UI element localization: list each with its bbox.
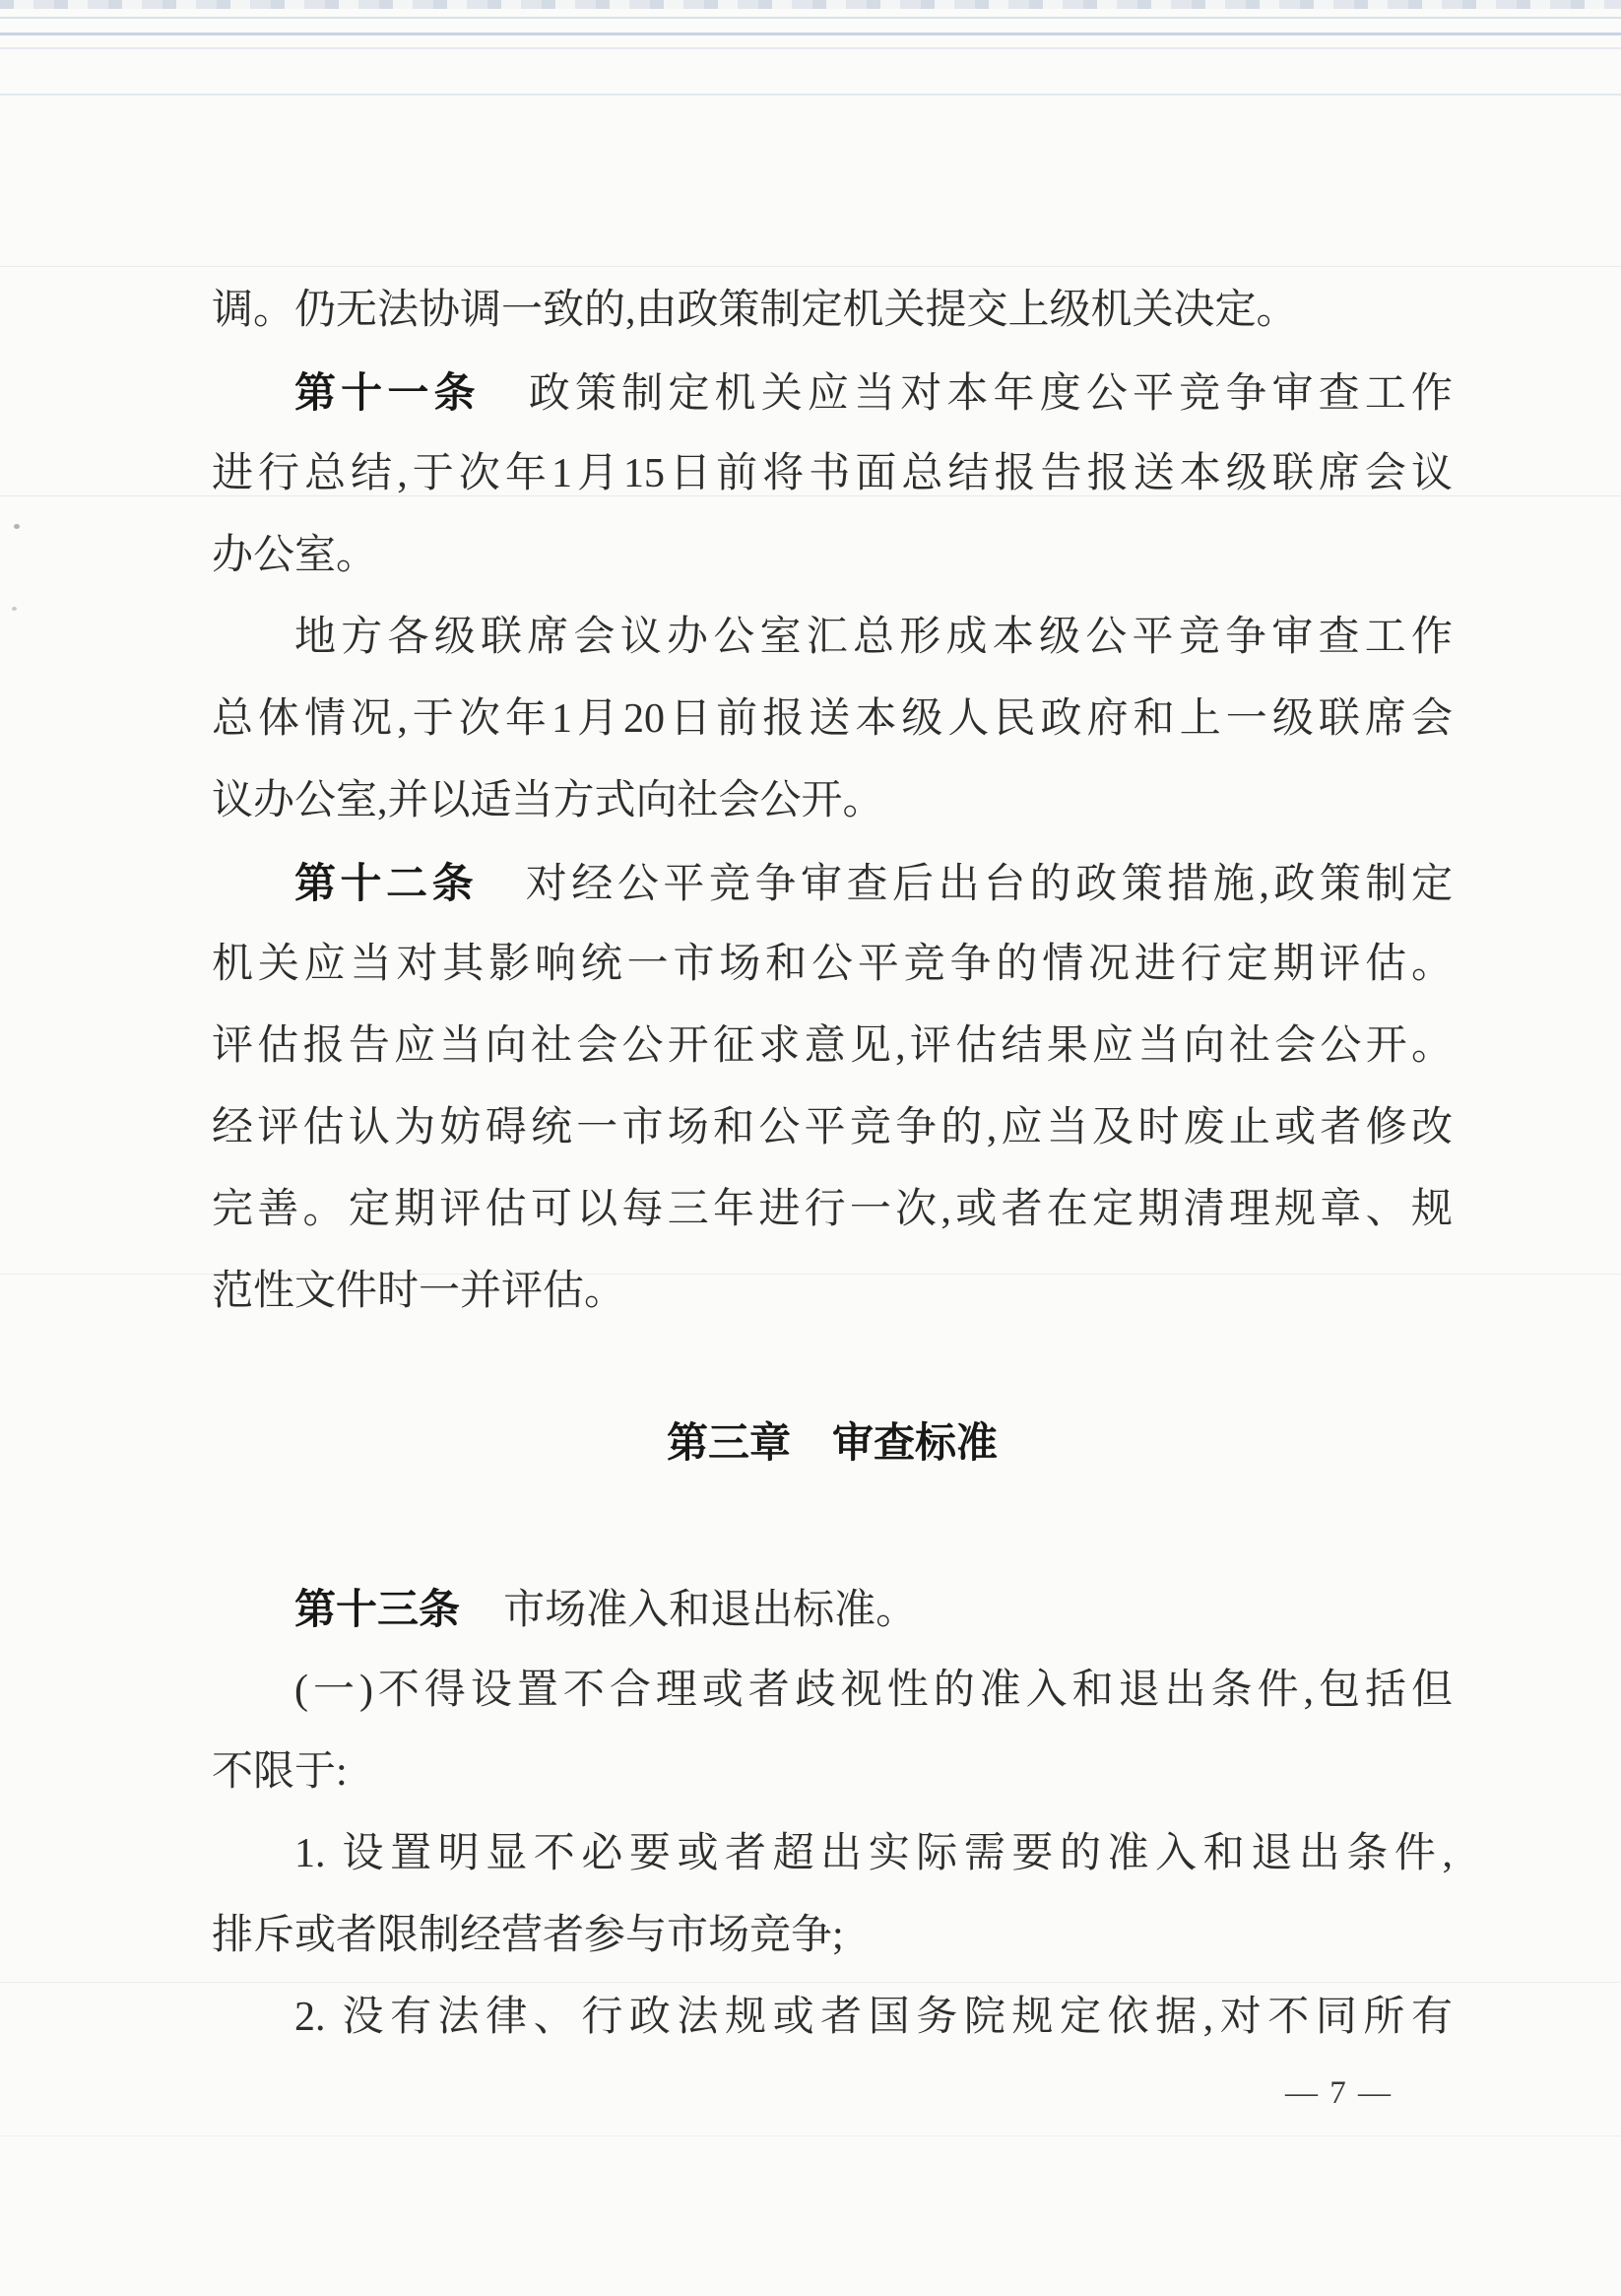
scan-line-4 <box>0 94 1621 96</box>
line-text: 调。仍无法协调一致的,由政策制定机关提交上级机关决定。 <box>212 288 1298 333</box>
text-line: 第十三条市场准入和退出标准。 <box>212 1568 1453 1650</box>
scan-band-1 <box>0 266 1621 267</box>
text-line: 评估报告应当向社会公开征求意见,评估结果应当向社会公开。 <box>212 1006 1453 1087</box>
article-number-label: 第十一条 <box>294 369 481 416</box>
line-text: 总体情况,于次年1月20日前报送本级人民政府和上一级联席会 <box>212 696 1453 742</box>
text-line: 经评估认为妨碍统一市场和公平竞争的,应当及时废止或者修改 <box>212 1087 1453 1169</box>
text-line: 不限于: <box>212 1732 1453 1813</box>
line-text: 2. 没有法律、行政法规或者国务院规定依据,对不同所有 <box>294 1995 1453 2040</box>
line-text: 市场准入和退出标准。 <box>503 1588 917 1633</box>
text-line: 进行总结,于次年1月15日前将书面总结报告报送本级联席会议 <box>212 433 1453 515</box>
chapter-heading: 第三章 审查标准 <box>212 1402 1453 1483</box>
document-body: 调。仍无法协调一致的,由政策制定机关提交上级机关决定。第十一条政策制定机关应当对… <box>212 270 1453 2113</box>
scan-line-2 <box>0 33 1621 35</box>
body-part2: 第十三条市场准入和退出标准。(一)不得设置不合理或者歧视性的准入和退出条件,包括… <box>212 1568 1453 2059</box>
line-text: 进行总结,于次年1月15日前将书面总结报告报送本级联席会议 <box>212 451 1453 496</box>
scan-line-1 <box>0 17 1621 19</box>
line-text: 排斥或者限制经营者参与市场竞争; <box>212 1913 844 1958</box>
text-line: 总体情况,于次年1月20日前报送本级人民政府和上一级联席会 <box>212 679 1453 760</box>
paper-speck-1 <box>14 524 20 529</box>
line-text: 议办公室,并以适当方式向社会公开。 <box>212 778 884 823</box>
text-line: 第十二条对经公平竞争审查后出台的政策措施,政策制定 <box>212 842 1453 924</box>
text-line: 地方各级联席会议办公室汇总形成本级公平竞争审查工作 <box>212 597 1453 679</box>
text-line: 完善。定期评估可以每三年进行一次,或者在定期清理规章、规 <box>212 1169 1453 1251</box>
article-number-label: 第十三条 <box>294 1586 460 1632</box>
line-text: 不限于: <box>212 1749 348 1795</box>
line-text: 机关应当对其影响统一市场和公平竞争的情况进行定期评估。 <box>212 942 1453 987</box>
line-text: 经评估认为妨碍统一市场和公平竞争的,应当及时废止或者修改 <box>212 1105 1453 1150</box>
line-text: (一)不得设置不合理或者歧视性的准入和退出条件,包括但 <box>294 1668 1453 1713</box>
scan-noise-band <box>0 0 1621 9</box>
text-line: 范性文件时一并评估。 <box>212 1251 1453 1333</box>
text-line: 调。仍无法协调一致的,由政策制定机关提交上级机关决定。 <box>212 270 1453 352</box>
paper-speck-2 <box>12 607 17 611</box>
line-text: 办公室。 <box>212 533 377 578</box>
text-line: 1. 设置明显不必要或者超出实际需要的准入和退出条件, <box>212 1813 1453 1895</box>
text-line: 机关应当对其影响统一市场和公平竞争的情况进行定期评估。 <box>212 924 1453 1006</box>
line-text: 1. 设置明显不必要或者超出实际需要的准入和退出条件, <box>294 1831 1453 1876</box>
text-line: 2. 没有法律、行政法规或者国务院规定依据,对不同所有 <box>212 1977 1453 2059</box>
text-line: 排斥或者限制经营者参与市场竞争; <box>212 1895 1453 1977</box>
line-text: 评估报告应当向社会公开征求意见,评估结果应当向社会公开。 <box>212 1023 1453 1069</box>
text-line: 议办公室,并以适当方式向社会公开。 <box>212 760 1453 842</box>
scanned-document-page: { "page": { "background": "#fbfbf9", "in… <box>0 0 1621 2296</box>
line-text: 范性文件时一并评估。 <box>212 1269 625 1314</box>
scan-line-3 <box>0 47 1621 49</box>
line-text: 对经公平竞争审查后出台的政策措施,政策制定 <box>521 862 1453 907</box>
text-line: (一)不得设置不合理或者歧视性的准入和退出条件,包括但 <box>212 1650 1453 1732</box>
body-part1: 调。仍无法协调一致的,由政策制定机关提交上级机关决定。第十一条政策制定机关应当对… <box>212 270 1453 1333</box>
article-number-label: 第十二条 <box>294 860 478 906</box>
line-text: 地方各级联席会议办公室汇总形成本级公平竞争审查工作 <box>294 615 1453 660</box>
page-number: — 7 — <box>212 2073 1453 2113</box>
line-text: 完善。定期评估可以每三年进行一次,或者在定期清理规章、规 <box>212 1187 1453 1232</box>
scan-band-5 <box>0 2135 1621 2136</box>
line-text: 政策制定机关应当对本年度公平竞争审查工作 <box>524 371 1453 417</box>
text-line: 办公室。 <box>212 515 1453 597</box>
text-line: 第十一条政策制定机关应当对本年度公平竞争审查工作 <box>212 352 1453 433</box>
